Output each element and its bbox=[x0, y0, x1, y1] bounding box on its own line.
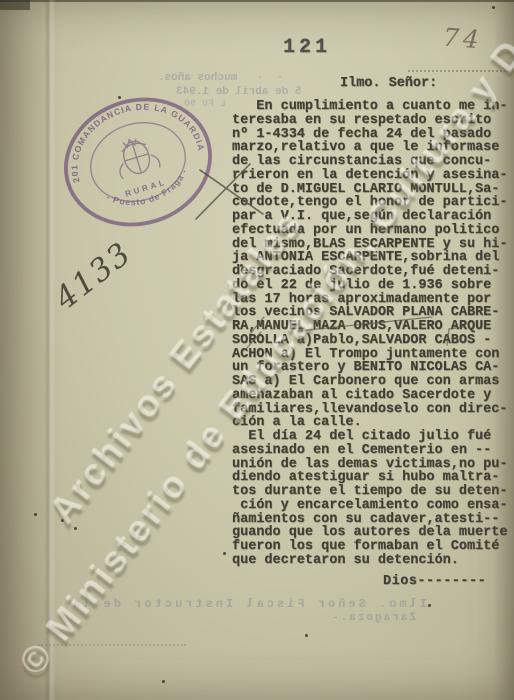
document-line: En cumplimiento a cuanto me in- bbox=[232, 100, 510, 114]
document-line: fueron los que formaban el Comité bbox=[232, 540, 510, 554]
document-line: guando que los autores dela muerte bbox=[232, 526, 510, 540]
document-line: unión de las demas victimas,no pu- bbox=[232, 458, 510, 472]
document-line: las 17 horas aproximadamente por bbox=[232, 293, 510, 307]
document-line: desgraciado Sacerdote,fué deteni- bbox=[232, 265, 510, 279]
document-line: de las circunstancias que concu- bbox=[232, 155, 510, 169]
speck bbox=[162, 680, 165, 683]
document-line: nº 1-4334 de fecha 24 del pasado bbox=[232, 128, 510, 142]
document-line: un forastero y BENITO NICOLAS CA- bbox=[232, 361, 510, 375]
document-line: los vecinos SALVADOR PLANA CABRE- bbox=[232, 306, 510, 320]
bleedthrough-text: Ilmo. Señor Fiscal Instructor de la bbox=[70, 597, 427, 611]
document-line: rrieron en la detención y asesina- bbox=[232, 169, 510, 183]
document-line: asesinado en el Cementerio en -- bbox=[232, 444, 510, 458]
document-line: marzo,relativo a que le informase bbox=[232, 141, 510, 155]
speck bbox=[61, 519, 64, 522]
speck bbox=[305, 634, 308, 637]
document-line: efectuada por un hermano politico bbox=[232, 224, 510, 238]
document-line: El día 24 del citado julio fué bbox=[232, 430, 510, 444]
speck bbox=[428, 604, 431, 607]
document-line: tos durante el tiempo de su deten- bbox=[232, 485, 510, 499]
document-line: cerdote,tengo el honor de partici- bbox=[232, 196, 510, 210]
paper-crease bbox=[44, 0, 56, 700]
speck bbox=[118, 96, 121, 99]
page-number: 121 bbox=[283, 36, 331, 59]
faded-dashed-rule bbox=[408, 70, 510, 72]
document-line: diendo atestiguar si hubo maltra- bbox=[232, 471, 510, 485]
document-line: del mismo,BLAS ESCARPENTE y su hi- bbox=[232, 238, 510, 252]
letter-body: En cumplimiento a cuanto me in-teresaba … bbox=[232, 100, 510, 568]
stamp-coat-of-arms bbox=[111, 133, 160, 179]
document-line: teresaba en su respetado escrito bbox=[232, 114, 510, 128]
salutation: Ilmo. Señor: bbox=[340, 76, 437, 91]
speck bbox=[223, 552, 226, 555]
document-line: ACHON a) El Trompo juntamente con bbox=[232, 348, 510, 362]
document-line: ñamientos con su cadaver,atesti-- bbox=[232, 513, 510, 527]
speck bbox=[240, 264, 243, 267]
document-line: SOROLLA a)Pablo,SALVADOR CABOS - bbox=[232, 334, 510, 348]
closing-formula: Dios-------- bbox=[383, 574, 486, 589]
speck bbox=[34, 513, 37, 516]
document-line: familiares,llevandoselo con direc- bbox=[232, 403, 510, 417]
document-line: par a V.I. que,según declaración bbox=[232, 210, 510, 224]
document-line: que decretaron su detención. bbox=[232, 554, 510, 568]
folio-annotation: 74 bbox=[442, 23, 484, 55]
document-line: SAS a) El Carbonero que con armas bbox=[232, 375, 510, 389]
document-line: ción a la calle. bbox=[232, 416, 510, 430]
document-line: do el 22 de julio de 1.936 sobre bbox=[232, 279, 510, 293]
speck bbox=[74, 527, 77, 530]
speck bbox=[492, 6, 495, 9]
document-line: amenazaban al citado Sacerdote y bbox=[232, 389, 510, 403]
document-line: RA,MANUEL MAZA ORUS,VALERO ARQUE bbox=[232, 320, 510, 334]
bleedthrough-rule bbox=[38, 644, 186, 646]
document-line: ja ANTONIA ESCARPENTE,sobrina del bbox=[232, 251, 510, 265]
document-line: ción y encarcelamiento como ensa- bbox=[232, 499, 510, 513]
bleedthrough-text: Zaragoza.- bbox=[330, 612, 416, 624]
document-line: to de D.MIGUEL CLARIO MONTULL,Sa- bbox=[232, 183, 510, 197]
